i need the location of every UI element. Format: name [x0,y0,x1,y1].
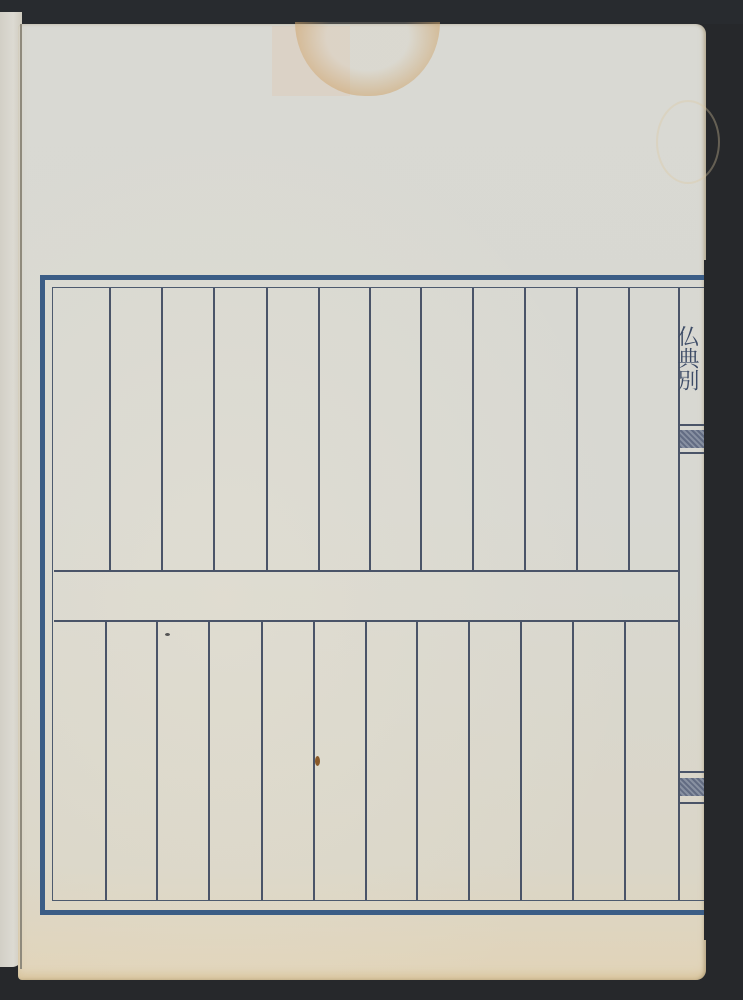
fish-tail-lower-rule [678,802,706,804]
scan-background [0,0,743,24]
lower-column-rule [520,621,522,900]
margin-title-text: 仏典別 [682,290,706,425]
lower-column-rule [416,621,418,900]
upper-column-rule [161,288,163,571]
upper-column-rule [472,288,474,571]
upper-column-rule [318,288,320,571]
upper-column-rule [109,288,111,571]
faint-ring-stain [656,100,720,184]
fish-tail-mark-upper [680,430,704,448]
fish-tail-lower-top-rule [678,771,706,773]
upper-column-rule [213,288,215,571]
middle-blank-band [54,571,678,621]
lower-column-rule [261,621,263,900]
upper-column-rule [266,288,268,571]
lower-column-rule [624,621,626,900]
upper-column-rule [369,288,371,571]
upper-column-rule [524,288,526,571]
scan-background-right [704,260,743,940]
ink-spot [315,756,320,766]
fish-tail-upper-rule [678,452,706,454]
lower-column-rule [208,621,210,900]
fish-tail-mark-lower [680,778,704,796]
lower-column-rule [105,621,107,900]
lower-column-rule [365,621,367,900]
lower-column-rule [468,621,470,900]
upper-column-rule [628,288,630,571]
upper-column-rule [576,288,578,571]
lower-column-rule [572,621,574,900]
upper-column-rule [420,288,422,571]
binding-fold-line [20,24,22,969]
lower-column-rule [156,621,158,900]
ink-speck [165,633,170,636]
